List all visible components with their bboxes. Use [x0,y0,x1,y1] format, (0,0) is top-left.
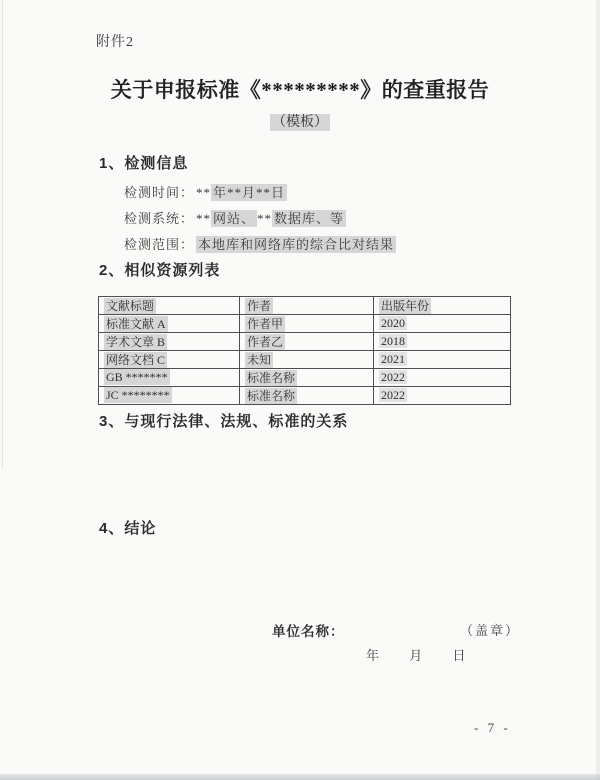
unit-name-label: 单位名称： [272,620,345,640]
detection-system-value-2: 数据库、等 [272,210,346,227]
detection-time-line: 检测时间：**年**月**日 [124,182,287,201]
cell-year: 2022 [379,370,407,384]
detection-system-label: 检测系统： [124,211,194,226]
section-1-heading: 1、检测信息 [99,152,188,173]
scan-edge-bottom [0,774,600,780]
cell-year: 2022 [379,388,407,402]
attachment-label: 附件2 [96,31,134,51]
table-header-row: 文献标题 作者 出版年份 [99,297,511,315]
document-subtitle: （模板） [270,114,330,131]
table-row: 学术文章 B 作者乙 2018 [99,333,511,351]
detection-scope-line: 检测范围：本地库和网络库的综合比对结果 [124,234,396,253]
cell-author: 作者甲 [245,316,285,332]
section-2-heading: 2、相似资源列表 [99,259,220,280]
table-row: JC ******** 标准名称 2022 [99,387,511,405]
detection-time-label: 检测时间： [124,185,194,200]
detection-scope-label: 检测范围： [124,237,194,252]
document-title: 关于申报标准《*********》的查重报告 [0,74,600,104]
cell-author: 未知 [245,352,273,368]
cell-author: 标准名称 [245,388,297,404]
document-subtitle-row: （模板） [0,111,600,131]
cell-title: GB ******* [104,369,170,385]
scanned-document-page: 附件2 关于申报标准《*********》的查重报告 （模板） 1、检测信息 检… [0,0,600,780]
section-4-heading: 4、结论 [99,517,156,538]
scan-edge-left [2,0,3,468]
cell-year: 2021 [379,352,407,366]
detection-time-value: 年**月**日 [211,184,287,201]
header-cell-year: 出版年份 [374,297,511,315]
header-title-text: 文献标题 [104,298,156,314]
detection-system-line: 检测系统：**网站、**数据库、等 [124,208,346,227]
date-line: 年 月 日 [366,645,466,664]
detection-system-plain-1: ** [196,211,211,226]
seal-label: （盖章） [460,620,520,639]
table-row: GB ******* 标准名称 2022 [99,369,511,387]
cell-author: 作者乙 [245,334,285,350]
cell-year: 2018 [379,334,407,348]
cell-title: 标准文献 A [104,316,168,332]
cell-title: JC ******** [104,387,172,403]
cell-year: 2020 [379,316,407,330]
similar-resources-table: 文献标题 作者 出版年份 标准文献 A 作者甲 2020 学术文章 B 作者乙 … [98,296,511,405]
page-number: - 7 - [474,720,511,736]
cell-author: 标准名称 [245,370,297,386]
header-year-text: 出版年份 [379,298,431,314]
table-row: 网络文档 C 未知 2021 [99,351,511,369]
detection-time-plain: ** [196,185,211,200]
detection-system-value-1: 网站、 [211,210,257,227]
section-3-heading: 3、与现行法律、法规、标准的关系 [99,410,348,431]
table-row: 标准文献 A 作者甲 2020 [99,315,511,333]
header-cell-title: 文献标题 [99,297,240,315]
cell-title: 网络文档 C [104,352,167,368]
header-author-text: 作者 [245,298,273,314]
cell-title: 学术文章 B [104,334,167,350]
detection-scope-value: 本地库和网络库的综合比对结果 [196,236,396,253]
scan-edge-right [596,0,600,780]
detection-system-plain-2: ** [257,211,272,226]
header-cell-author: 作者 [240,297,374,315]
